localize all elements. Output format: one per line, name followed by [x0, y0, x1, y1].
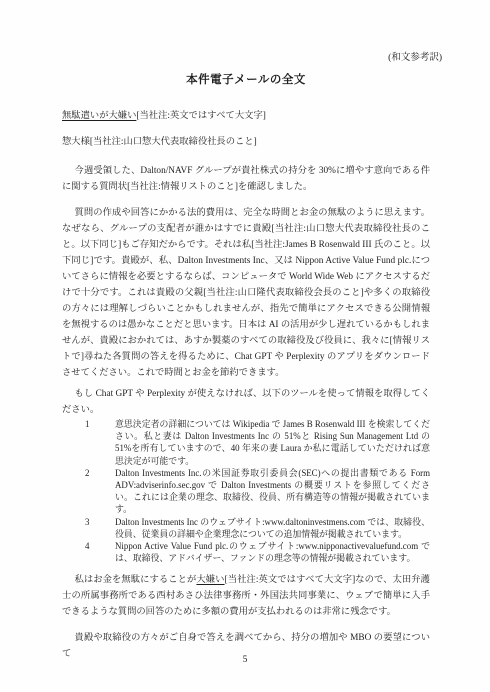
list-item-4-number: 4: [85, 540, 115, 564]
document-title: 本件電子メールの全文: [62, 73, 430, 88]
list-item-4-text: Nippon Active Value Fund plc.のウェブサイト:www…: [115, 540, 430, 564]
salutation-line-1: 無駄遣いが大嫌い[当社注:英文ではすべて大文字]: [62, 108, 430, 124]
list-item-1-number: 1: [85, 418, 115, 467]
salutation-1-note: [当社注:英文ではすべて大文字]: [136, 111, 265, 121]
list-item-4: 4 Nippon Active Value Fund plc.のウェブサイト:w…: [85, 540, 430, 564]
list-item-1: 1 意思決定者の詳細については Wikipedia で James B Rose…: [85, 418, 430, 467]
paragraph-3: もし Chat GPT や Perplexity が使えなければ、以下のツールを…: [62, 386, 430, 418]
list-item-3: 3 Dalton Investments Inc のウェブサイト:www.dal…: [85, 516, 430, 540]
tools-list: 1 意思決定者の詳細については Wikipedia で James B Rose…: [85, 418, 430, 564]
salutation-1-underlined-text: 無駄遣いが大嫌い: [62, 111, 136, 121]
paragraph-4-before-text: 私はお金を無駄にすることが: [75, 575, 197, 585]
list-item-1-text: 意思決定者の詳細については Wikipedia で James B Rosenw…: [115, 418, 430, 467]
list-item-2: 2 Dalton Investments Inc.の米国証券取引委員会(SEC)…: [85, 467, 430, 516]
paragraph-2: 質問の作成や回答にかかる法的費用は、完全な時間とお金の無駄のように思えます。なぜ…: [62, 205, 430, 381]
page-number: 5: [0, 654, 490, 666]
paragraph-4-underlined-text: 大嫌い: [196, 575, 224, 585]
paragraph-4: 私はお金を無駄にすることが大嫌い[当社注:英文ではすべて大文字]なので、太田弁護…: [62, 572, 430, 620]
paragraph-1: 今週受領した、Dalton/NAVF グループが貴社株式の持分を 30%に増やす…: [62, 163, 430, 195]
list-item-3-text: Dalton Investments Inc のウェブサイト:www.dalto…: [115, 516, 430, 540]
list-item-3-number: 3: [85, 516, 115, 540]
list-item-2-number: 2: [85, 467, 115, 516]
header-note: (和文参考訳): [62, 52, 442, 64]
list-item-2-text: Dalton Investments Inc.の米国証券取引委員会(SEC)への…: [115, 467, 430, 516]
salutation-line-2: 惣大様[当社注:山口惣大代表取締役社長のこと]: [62, 134, 430, 150]
document-page: (和文参考訳) 本件電子メールの全文 無駄遣いが大嫌い[当社注:英文ではすべて大…: [0, 0, 490, 692]
